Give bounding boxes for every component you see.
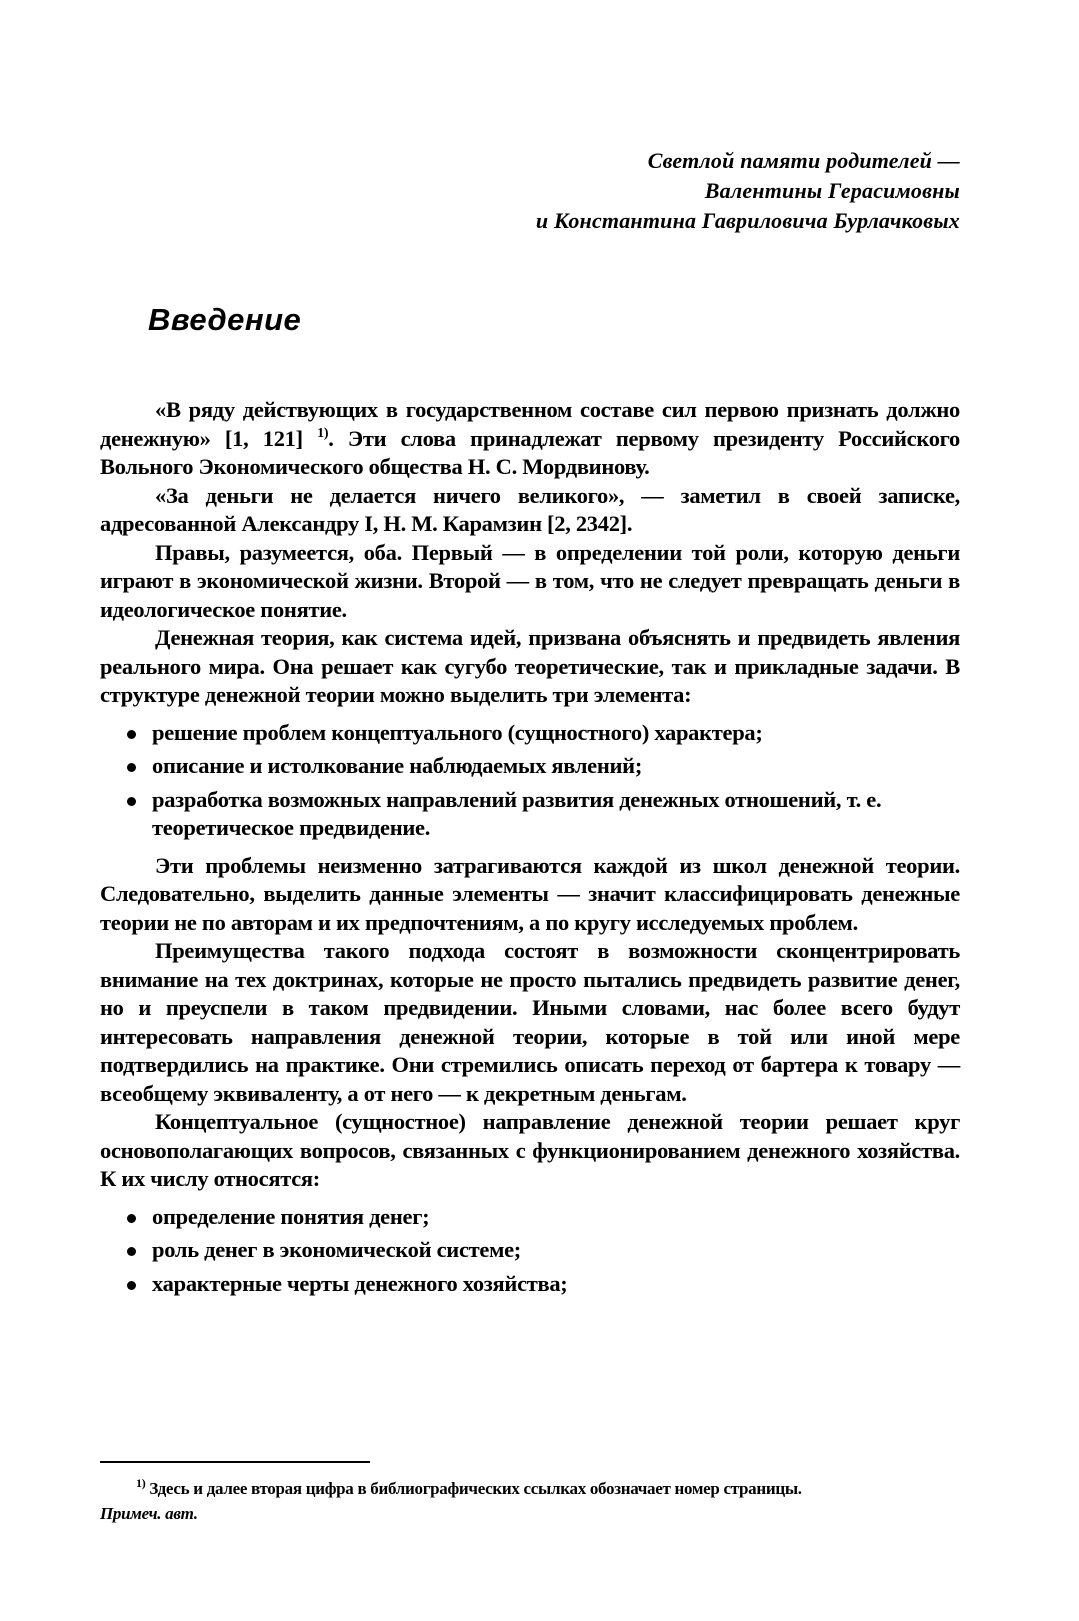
chapter-heading: Введение	[148, 302, 301, 338]
paragraph: «В ряду действующих в государственном со…	[100, 396, 960, 482]
bullet-icon	[127, 1281, 136, 1290]
list-item: роль денег в экономической системе;	[100, 1236, 960, 1265]
bullet-icon	[127, 1247, 136, 1256]
bullet-list: решение проблем концептуального (сущност…	[100, 719, 960, 843]
dedication-line: и Константина Гавриловича Бурлачковых	[536, 206, 960, 236]
paragraph: Правы, разумеется, оба. Первый — в опред…	[100, 539, 960, 625]
footnote-marker: 1)	[136, 1476, 145, 1490]
bullet-icon	[127, 730, 136, 739]
paragraph: Денежная теория, как система идей, призв…	[100, 624, 960, 710]
footnote-author-note: Примеч. авт.	[100, 1501, 960, 1526]
footnote: 1) Здесь и далее вторая цифра в библиогр…	[100, 1476, 960, 1526]
list-item: решение проблем концептуального (сущност…	[100, 719, 960, 748]
bullet-icon	[127, 763, 136, 772]
bullet-list: определение понятия денег; роль денег в …	[100, 1203, 960, 1299]
body-text: «В ряду действующих в государственном со…	[100, 396, 960, 1307]
list-item: характерные черты денежного хозяйства;	[100, 1270, 960, 1299]
list-item: разработка возможных направлений развити…	[100, 786, 960, 843]
paragraph: Эти проблемы неизменно затрагиваются каж…	[100, 852, 960, 938]
footnote-ref: 1)	[317, 426, 328, 441]
paragraph: «За деньги не делается ничего великого»,…	[100, 482, 960, 539]
footnote-text: Здесь и далее вторая цифра в библиографи…	[145, 1479, 801, 1498]
dedication-line: Светлой памяти родителей —	[536, 146, 960, 176]
footnote-divider	[100, 1461, 370, 1463]
dedication: Светлой памяти родителей — Валентины Гер…	[536, 146, 960, 236]
bullet-icon	[127, 797, 136, 806]
list-item: описание и истолкование наблюдаемых явле…	[100, 752, 960, 781]
list-item: определение понятия денег;	[100, 1203, 960, 1232]
bullet-icon	[127, 1214, 136, 1223]
dedication-line: Валентины Герасимовны	[536, 176, 960, 206]
paragraph: Концептуальное (сущностное) направление …	[100, 1108, 960, 1194]
paragraph: Преимущества такого подхода состоят в во…	[100, 937, 960, 1108]
